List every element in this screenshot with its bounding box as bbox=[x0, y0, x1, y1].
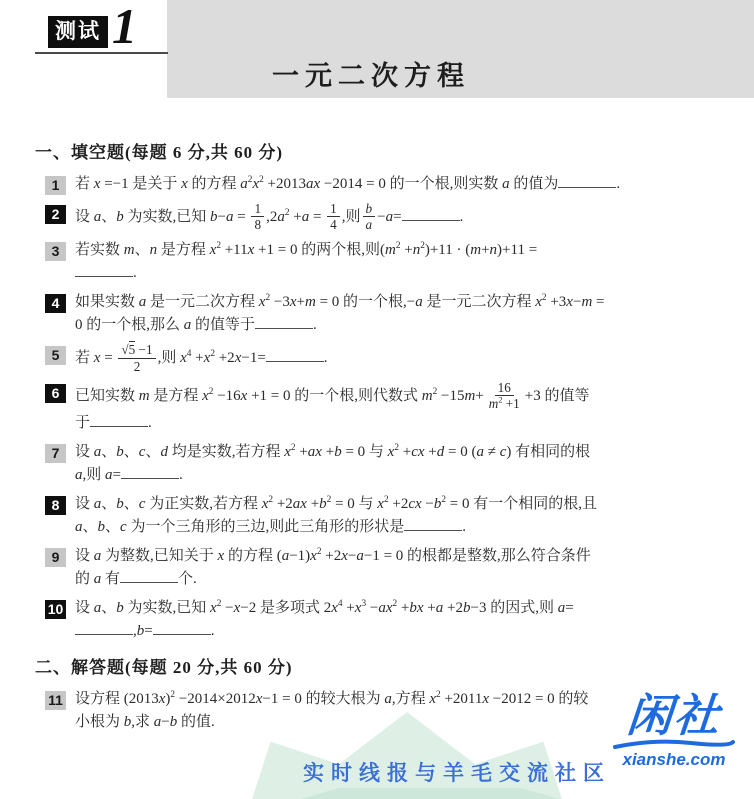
problem-number-badge: 7 bbox=[45, 444, 66, 463]
test-body: 一、填空题(每题 6 分,共 60 分) 1 若 x =−1 是关于 x 的方程… bbox=[0, 98, 754, 734]
problem-line: ,b=. bbox=[75, 620, 726, 643]
problem-line: 设 a、b 为实数,已知 x2 −x−2 是多项式 2x4 +x3 −ax2 +… bbox=[75, 597, 726, 620]
watermark-logo: 闲社 xianshe.com bbox=[608, 692, 740, 770]
problem-number-badge: 8 bbox=[45, 496, 66, 515]
problem-number-badge: 9 bbox=[45, 548, 66, 567]
problem-number-badge: 5 bbox=[45, 346, 66, 365]
problem-number-badge: 1 bbox=[45, 176, 66, 195]
problem-text: 若实数 m、n 是方程 x2 +11x +1 = 0 的两个根,则(m2 +n2… bbox=[75, 239, 726, 285]
scanned-test-page: { "header": { "unit_label": "测试", "unit_… bbox=[0, 0, 754, 799]
page-header: 一元二次方程 测试 1 bbox=[0, 0, 754, 98]
problem-line: a、b、c 为一个三角形的三边,则此三角形的形状是. bbox=[75, 516, 726, 539]
problem-row: 9 设 a 为整数,已知关于 x 的方程 (a−1)x2 +2x−a−1 = 0… bbox=[45, 545, 726, 591]
problem-line: . bbox=[75, 262, 726, 285]
problem-row: 6 已知实数 m 是方程 x2 −16x +1 = 0 的一个根,则代数式 m2… bbox=[45, 381, 726, 435]
brand-domain: xianshe.com bbox=[608, 750, 740, 770]
problem-line: 0 的一个根,那么 a 的值等于. bbox=[75, 314, 726, 337]
problem-line: a,则 a=. bbox=[75, 464, 726, 487]
problem-row: 3 若实数 m、n 是方程 x2 +11x +1 = 0 的两个根,则(m2 +… bbox=[45, 239, 726, 285]
problem-text: 如果实数 a 是一元二次方程 x2 −3x+m = 0 的一个根,−a 是一元二… bbox=[75, 291, 726, 337]
problem-line: 如果实数 a 是一元二次方程 x2 −3x+m = 0 的一个根,−a 是一元二… bbox=[75, 291, 726, 314]
problem-line: 若实数 m、n 是方程 x2 +11x +1 = 0 的两个根,则(m2 +n2… bbox=[75, 239, 726, 262]
problem-row: 5 若 x = √5 −12,则 x4 +x2 +2x−1=. bbox=[45, 343, 726, 374]
problem-line: 设 a、b 为实数,已知 b−a = 18,2a2 +a = 14,则ba−a=… bbox=[75, 202, 726, 233]
problem-text: 若 x = √5 −12,则 x4 +x2 +2x−1=. bbox=[75, 343, 726, 374]
problem-line: 已知实数 m 是方程 x2 −16x +1 = 0 的一个根,则代数式 m2 −… bbox=[75, 381, 726, 412]
problem-line: 若 x = √5 −12,则 x4 +x2 +2x−1=. bbox=[75, 343, 726, 374]
problem-number-badge: 2 bbox=[45, 205, 66, 224]
problem-text: 已知实数 m 是方程 x2 −16x +1 = 0 的一个根,则代数式 m2 −… bbox=[75, 381, 726, 435]
chapter-title: 一元二次方程 bbox=[272, 54, 470, 93]
problem-text: 设 a 为整数,已知关于 x 的方程 (a−1)x2 +2x−a−1 = 0 的… bbox=[75, 545, 726, 591]
problem-row: 2 设 a、b 为实数,已知 b−a = 18,2a2 +a = 14,则ba−… bbox=[45, 202, 726, 233]
problem-line: 设 a、b、c 为正实数,若方程 x2 +2ax +b2 = 0 与 x2 +2… bbox=[75, 493, 726, 516]
problem-text: 设 a、b 为实数,已知 b−a = 18,2a2 +a = 14,则ba−a=… bbox=[75, 202, 726, 233]
problem-line: 设 a 为整数,已知关于 x 的方程 (a−1)x2 +2x−a−1 = 0 的… bbox=[75, 545, 726, 568]
problem-line: 的 a 有个. bbox=[75, 568, 726, 591]
problem-number-badge: 11 bbox=[45, 691, 66, 710]
problem-number-badge: 3 bbox=[45, 242, 66, 261]
section-heading: 一、填空题(每题 6 分,共 60 分) bbox=[35, 138, 726, 163]
unit-tag-label: 测试 bbox=[48, 16, 108, 48]
problem-row: 10 设 a、b 为实数,已知 x2 −x−2 是多项式 2x4 +x3 −ax… bbox=[45, 597, 726, 643]
problems-list: 1 若 x =−1 是关于 x 的方程 a2x2 +2013ax −2014 =… bbox=[35, 173, 726, 643]
problem-row: 8 设 a、b、c 为正实数,若方程 x2 +2ax +b2 = 0 与 x2 … bbox=[45, 493, 726, 539]
section: 一、填空题(每题 6 分,共 60 分) 1 若 x =−1 是关于 x 的方程… bbox=[35, 138, 726, 643]
problem-number-badge: 6 bbox=[45, 384, 66, 403]
problem-row: 1 若 x =−1 是关于 x 的方程 a2x2 +2013ax −2014 =… bbox=[45, 173, 726, 196]
problem-line: 若 x =−1 是关于 x 的方程 a2x2 +2013ax −2014 = 0… bbox=[75, 173, 726, 196]
problem-text: 设 a、b、c 为正实数,若方程 x2 +2ax +b2 = 0 与 x2 +2… bbox=[75, 493, 726, 539]
problem-line: 设 a、b、c、d 均是实数,若方程 x2 +ax +b = 0 与 x2 +c… bbox=[75, 441, 726, 464]
chapter-title-band: 一元二次方程 bbox=[167, 0, 754, 98]
brand-logo-text: 闲社 bbox=[625, 692, 723, 742]
section-heading: 二、解答题(每题 20 分,共 60 分) bbox=[35, 653, 726, 678]
watermark-leaf-shape-small bbox=[300, 788, 560, 799]
problem-text: 设 a、b 为实数,已知 x2 −x−2 是多项式 2x4 +x3 −ax2 +… bbox=[75, 597, 726, 643]
problem-line: 于. bbox=[75, 412, 726, 435]
problem-row: 7 设 a、b、c、d 均是实数,若方程 x2 +ax +b = 0 与 x2 … bbox=[45, 441, 726, 487]
header-rule bbox=[35, 52, 168, 54]
watermark-slogan: 实时线报与羊毛交流社区 bbox=[303, 757, 611, 787]
problem-number-badge: 10 bbox=[45, 600, 66, 619]
problem-text: 若 x =−1 是关于 x 的方程 a2x2 +2013ax −2014 = 0… bbox=[75, 173, 726, 196]
problem-text: 设 a、b、c、d 均是实数,若方程 x2 +ax +b = 0 与 x2 +c… bbox=[75, 441, 726, 487]
unit-number: 1 bbox=[112, 1, 137, 51]
problem-row: 4 如果实数 a 是一元二次方程 x2 −3x+m = 0 的一个根,−a 是一… bbox=[45, 291, 726, 337]
problem-number-badge: 4 bbox=[45, 294, 66, 313]
